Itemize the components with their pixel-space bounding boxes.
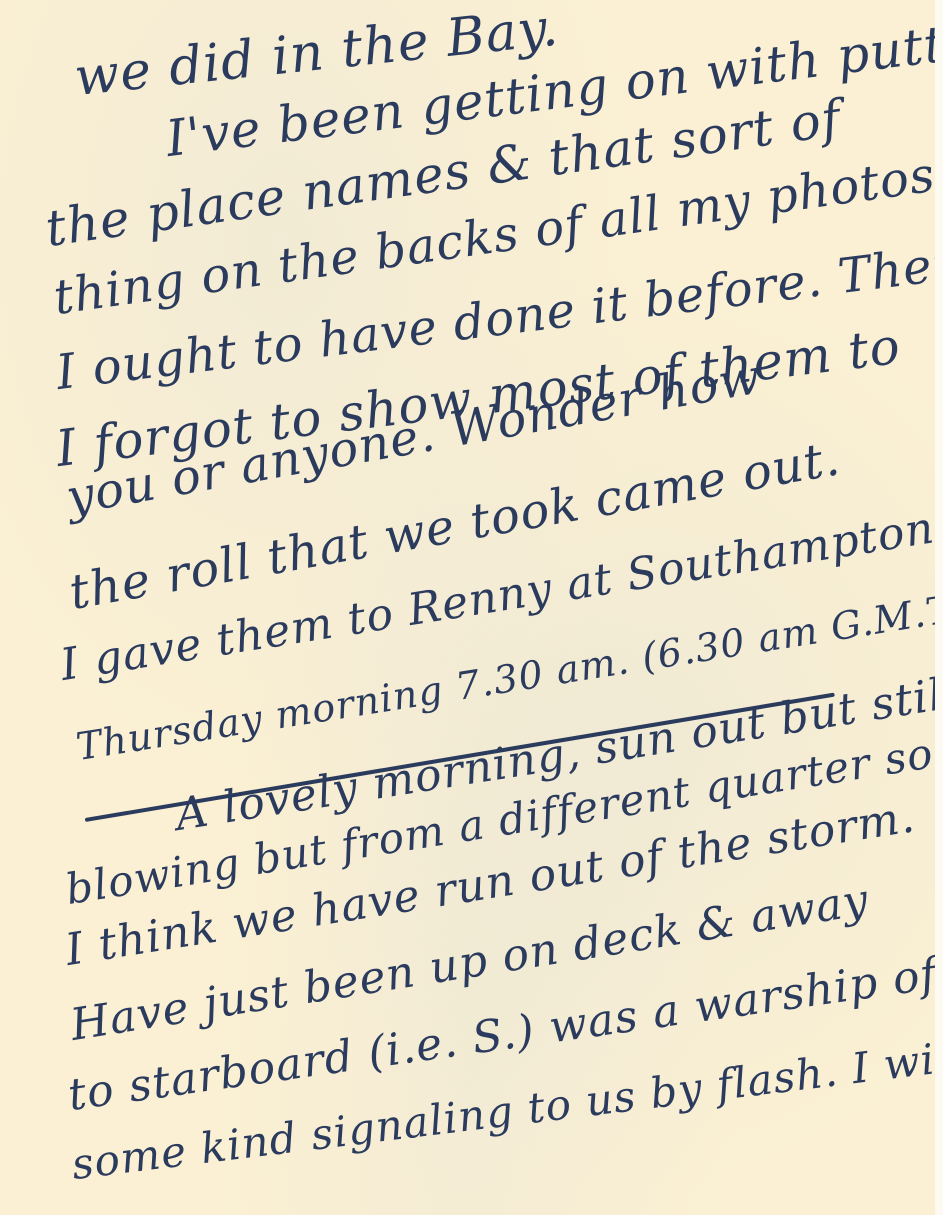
paper-edge bbox=[935, 0, 943, 1215]
letter-page: we did in the Bay. I've been getting on … bbox=[0, 0, 935, 1215]
